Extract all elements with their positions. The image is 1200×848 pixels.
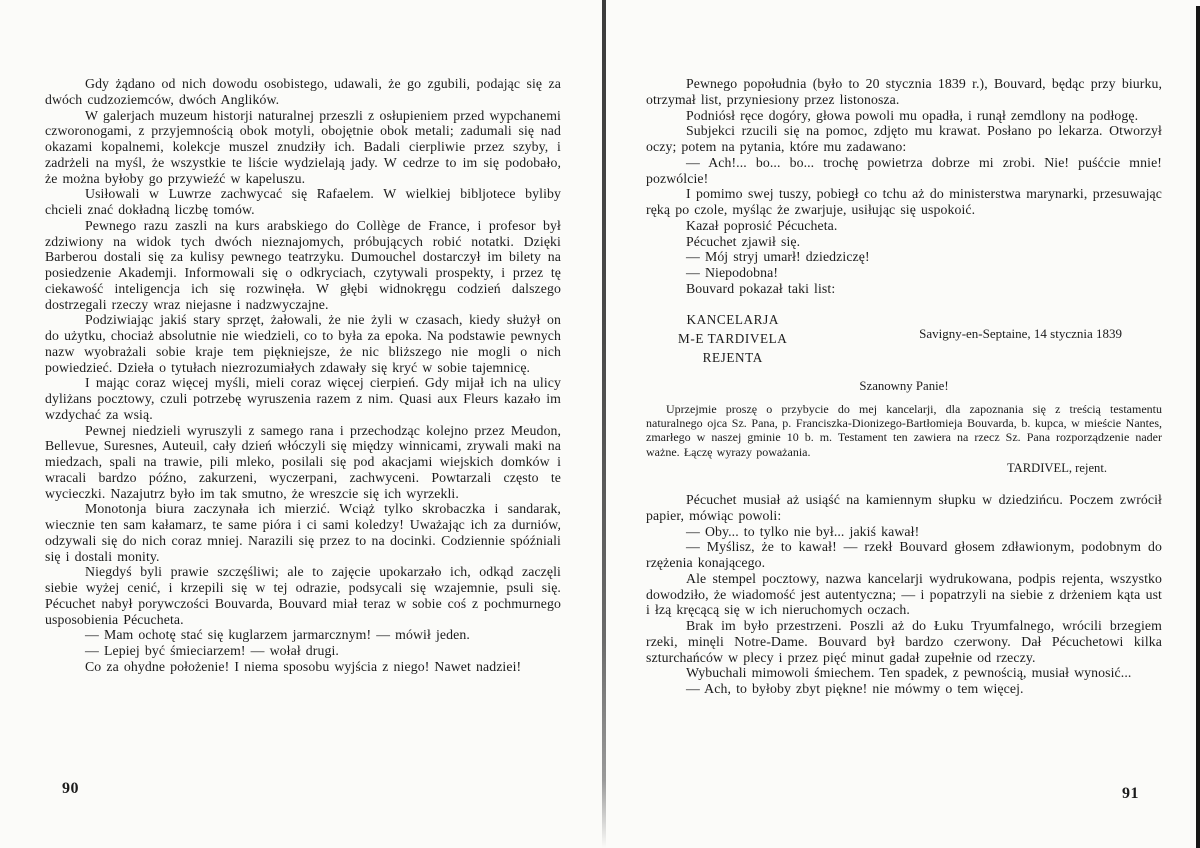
paragraph: Bouvard pokazał taki list: bbox=[646, 281, 1162, 297]
paragraph: Monotonja biura zaczynała ich mierzić. W… bbox=[45, 501, 561, 564]
page-number-left: 90 bbox=[62, 780, 79, 798]
paragraph: I pomimo swej tuszy, pobiegł co tchu aż … bbox=[646, 186, 1162, 218]
paragraph: Co za ohydne położenie! I niema sposobu … bbox=[45, 659, 561, 675]
dialogue-line: — Mam ochotę stać się kuglarzem jarmarcz… bbox=[45, 627, 561, 643]
dialogue-line: — Ach, to byłoby zbyt piękne! nie mówmy … bbox=[646, 681, 1162, 697]
book-gutter-line bbox=[602, 0, 606, 848]
paragraph: W galerjach muzeum historji naturalnej p… bbox=[45, 108, 561, 187]
paragraph: Wybuchali mimowoli śmiechem. Ten spadek,… bbox=[646, 665, 1162, 681]
letter-body: Uprzejmie proszę o przybycie do mej kanc… bbox=[646, 402, 1162, 460]
paragraph: Pewnego razu zaszli na kurs arabskiego d… bbox=[45, 218, 561, 313]
letter-salutation: Szanowny Panie! bbox=[646, 379, 1162, 394]
letterhead-line: KANCELARJA bbox=[678, 310, 787, 329]
paragraph: Usiłowali w Luwrze zachwycać się Rafaele… bbox=[45, 186, 561, 218]
letterhead-line: M-E TARDIVELA bbox=[678, 329, 787, 348]
paragraph: Niegdyś byli prawie szczęśliwi; ale to z… bbox=[45, 564, 561, 627]
paragraph: Pewnego popołudnia (było to 20 stycznia … bbox=[646, 76, 1162, 108]
page-number-right: 91 bbox=[1122, 785, 1139, 803]
paragraph: Subjekci rzucili się na pomoc, zdjęto mu… bbox=[646, 123, 1162, 155]
dialogue-line: — Myślisz, że to kawał! — rzekł Bouvard … bbox=[646, 539, 1162, 571]
paragraph: Ale stempel pocztowy, nazwa kancelarji w… bbox=[646, 571, 1162, 618]
paragraph: Podniósł ręce dogóry, głowa powoli mu op… bbox=[646, 108, 1162, 124]
notary-letter: KANCELARJA M-E TARDIVELA REJENTA Savigny… bbox=[646, 310, 1162, 477]
dialogue-line: — Lepiej być śmieciarzem! — wołał drugi. bbox=[45, 643, 561, 659]
paragraph: Brak im było przestrzeni. Poszli aż do Ł… bbox=[646, 618, 1162, 665]
dialogue-line: — Niepodobna! bbox=[646, 265, 1162, 281]
letter-signature: TARDIVEL, rejent. bbox=[646, 461, 1162, 476]
letterhead-line: REJENTA bbox=[678, 348, 787, 367]
letter-dateline: Savigny-en-Septaine, 14 stycznia 1839 bbox=[919, 326, 1122, 342]
letter-header-row: KANCELARJA M-E TARDIVELA REJENTA Savigny… bbox=[646, 310, 1162, 367]
paragraph: I mając coraz więcej myśli, mieli coraz … bbox=[45, 375, 561, 422]
book-spread: Gdy żądano od nich dowodu osobistego, ud… bbox=[0, 0, 1200, 848]
dialogue-line: — Oby... to tylko nie był... jakiś kawał… bbox=[646, 524, 1162, 540]
paragraph: Gdy żądano od nich dowodu osobistego, ud… bbox=[45, 76, 561, 108]
paragraph: Kazał poprosić Pécucheta. bbox=[646, 218, 1162, 234]
paragraph: Podziwiając jakiś stary sprzęt, żałowali… bbox=[45, 312, 561, 375]
right-page-text-block: Pewnego popołudnia (było to 20 stycznia … bbox=[646, 76, 1162, 697]
paragraph: Pécuchet musiał aż usiąść na kamiennym s… bbox=[646, 492, 1162, 524]
letterhead: KANCELARJA M-E TARDIVELA REJENTA bbox=[678, 310, 787, 367]
paragraph: Pewnej niedzieli wyruszyli z samego rana… bbox=[45, 423, 561, 502]
dialogue-line: — Ach!... bo... bo... trochę powietrza d… bbox=[646, 155, 1162, 187]
scan-edge-right bbox=[1196, 6, 1200, 848]
left-page-text-block: Gdy żądano od nich dowodu osobistego, ud… bbox=[45, 76, 561, 675]
paragraph: Pécuchet zjawił się. bbox=[646, 234, 1162, 250]
dialogue-line: — Mój stryj umarł! dziedziczę! bbox=[646, 249, 1162, 265]
